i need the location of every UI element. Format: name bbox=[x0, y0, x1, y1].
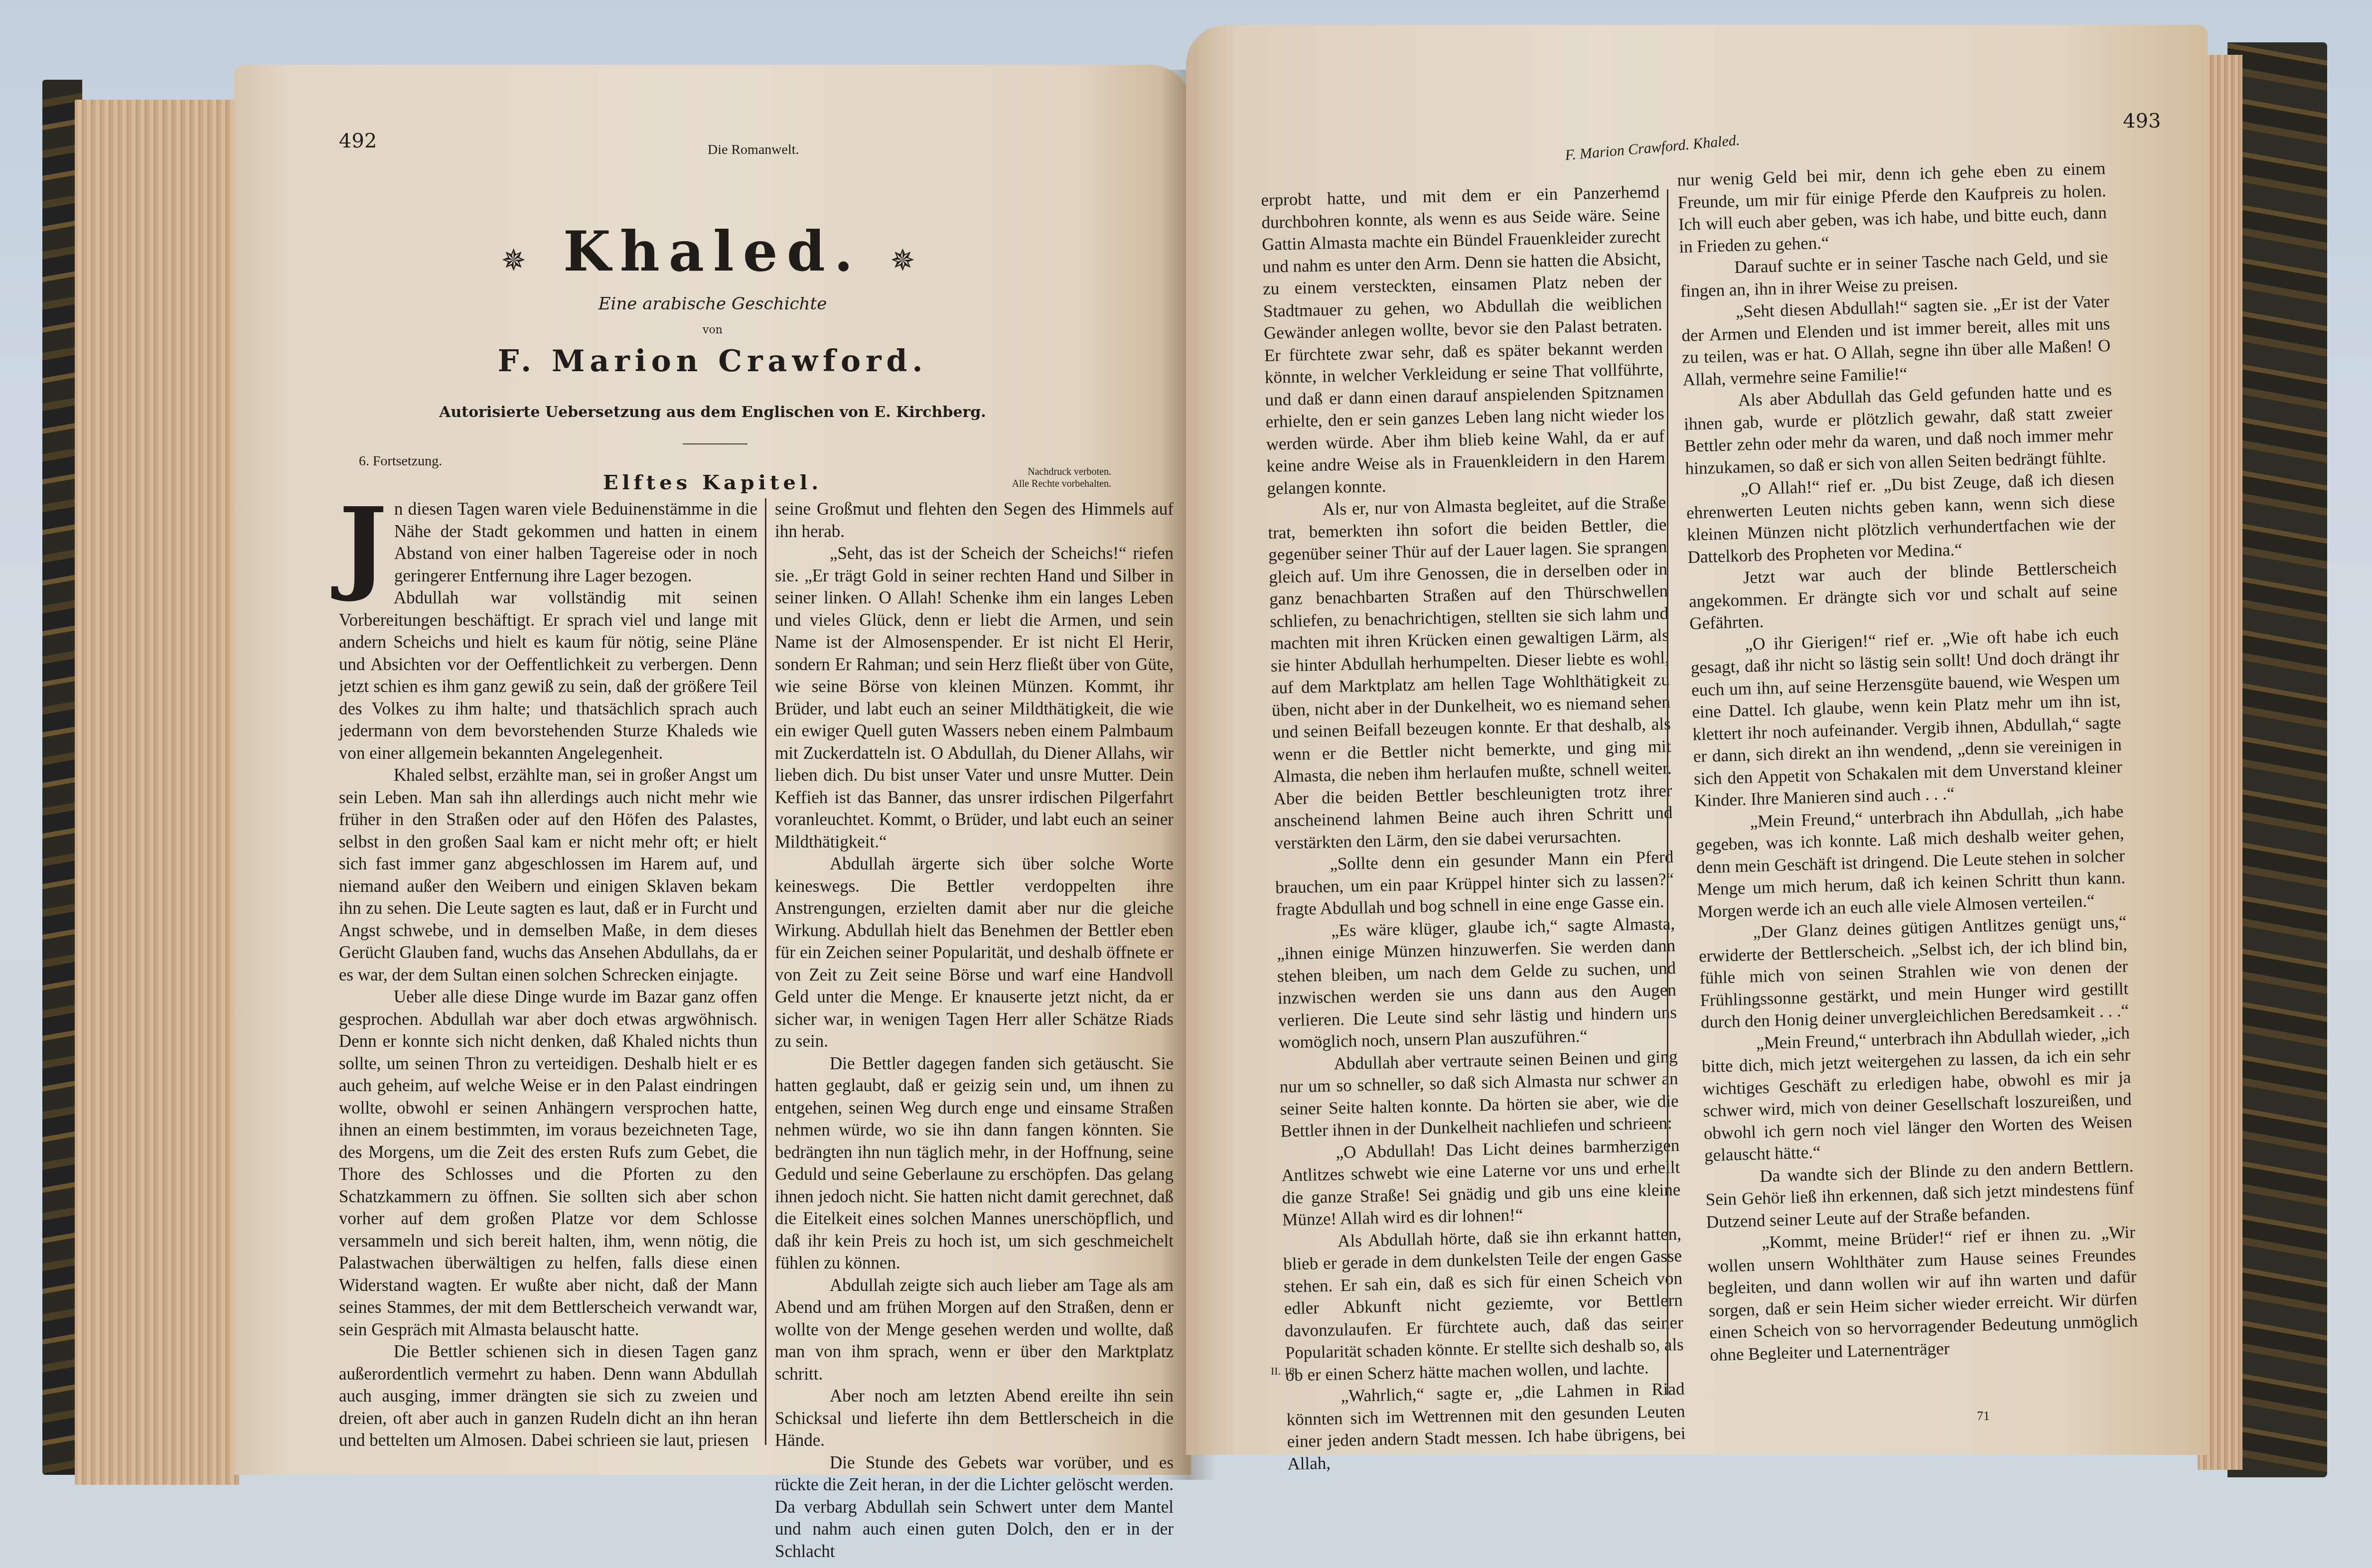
drop-cap: J bbox=[339, 502, 387, 587]
paragraph: Khaled selbst, erzählte man, sei in groß… bbox=[339, 764, 757, 986]
ornament-icon: ✵ bbox=[890, 243, 924, 278]
paragraph: Die Stunde des Gebets war vorüber, und e… bbox=[775, 1452, 1174, 1563]
paragraph: erprobt hatte, und mit dem er ein Panzer… bbox=[1261, 181, 1666, 500]
paragraph: „Der Glanz deines gütigen Antlitzes genü… bbox=[1698, 911, 2129, 1033]
author-name: F. Marion Crawford. bbox=[234, 344, 1191, 379]
column-rule bbox=[765, 498, 766, 1445]
paragraph: „Wahrlich,“ sagte er, „die Lahmen in Ria… bbox=[1286, 1378, 1686, 1475]
paragraph: „O Abdullah! Das Licht deines barmherzig… bbox=[1281, 1134, 1681, 1231]
paragraph: Die Bettler schienen sich in diesen Tage… bbox=[339, 1341, 757, 1452]
paragraph: „Mein Freund,“ unterbrach ihn Abdullah, … bbox=[1695, 800, 2126, 923]
paragraph: „Seht diesen Abdullah!“ sagten sie. „Er … bbox=[1680, 290, 2111, 391]
rights-line: Alle Rechte vorbehalten. bbox=[1002, 478, 1111, 490]
paragraph: „Sollte denn ein gesunder Mann ein Pferd… bbox=[1275, 846, 1675, 921]
footer-number: 71 bbox=[1968, 1410, 1998, 1422]
paragraph: seine Großmut und flehten den Segen des … bbox=[775, 498, 1174, 543]
paragraph: nur wenig Geld bei mir, denn ich gehe eb… bbox=[1677, 157, 2108, 258]
von-label: von bbox=[234, 324, 1191, 336]
page-edges-left bbox=[75, 100, 239, 1485]
page-number-right: 493 bbox=[2123, 110, 2161, 133]
rights-notice: Nachdruck verboten. Alle Rechte vorbehal… bbox=[1002, 466, 1111, 490]
paragraph: „Kommt, meine Brüder!“ rief er ihnen zu.… bbox=[1707, 1221, 2139, 1366]
translation-note: Autorisierte Uebersetzung aus dem Englis… bbox=[234, 404, 1191, 421]
paragraph: „Mein Freund,“ unterbrach ihn Abdullah w… bbox=[1701, 1022, 2133, 1167]
paragraph: Als er, nur von Almasta begleitet, auf d… bbox=[1267, 491, 1673, 855]
paragraph: Abdullah ärgerte sich über solche Worte … bbox=[775, 853, 1174, 1053]
right-page-column-2: nur wenig Geld bei mir, denn ich gehe eb… bbox=[1677, 157, 2139, 1366]
left-page: 492 Die Romanwelt. ✵ Khaled. ✵ Eine arab… bbox=[234, 65, 1191, 1475]
paragraph: Als aber Abdullah das Geld gefunden hatt… bbox=[1683, 379, 2114, 480]
paragraph: Die Bettler dagegen fanden sich getäusch… bbox=[775, 1053, 1174, 1275]
book-cover-right bbox=[2227, 42, 2327, 1477]
paragraph: Aber noch am letzten Abend ereilte ihn s… bbox=[775, 1385, 1174, 1452]
page-number-left: 492 bbox=[339, 130, 377, 152]
paragraph: „Es wäre klüger, glaube ich,“ sagte Alma… bbox=[1276, 912, 1677, 1054]
left-page-column-2: seine Großmut und flehten den Segen des … bbox=[775, 498, 1174, 1563]
rights-line: Nachdruck verboten. bbox=[1002, 466, 1111, 478]
title-divider bbox=[683, 443, 747, 444]
paragraph: n diesen Tagen waren viele Beduinenstämm… bbox=[394, 499, 757, 585]
running-head-left: Die Romanwelt. bbox=[708, 142, 799, 158]
ornament-icon: ✵ bbox=[501, 243, 535, 278]
paragraph: Jetzt war auch der blinde Bettlerscheich… bbox=[1688, 557, 2118, 635]
continuation-label: 6. Fortsetzung. bbox=[359, 453, 442, 469]
paragraph: Abdullah war vollständig mit seinen Vorb… bbox=[339, 587, 757, 764]
paragraph: Ueber alle diese Dinge wurde im Bazar ga… bbox=[339, 986, 757, 1341]
column-rule bbox=[1667, 189, 1668, 1395]
title-text: Khaled. bbox=[563, 219, 862, 284]
paragraph: „O ihr Gierigen!“ rief er. „Wie oft habe… bbox=[1690, 623, 2123, 812]
story-title: ✵ Khaled. ✵ bbox=[234, 219, 1191, 284]
running-head-right: F. Marion Crawford. Khaled. bbox=[1564, 132, 1740, 164]
signature-mark: II. 18. bbox=[1271, 1365, 1311, 1377]
paragraph: Abdullah zeigte sich auch lieber am Tage… bbox=[775, 1275, 1174, 1386]
left-page-column-1: Jn diesen Tagen waren viele Beduinenstäm… bbox=[339, 498, 757, 1452]
paragraph: „Seht, das ist der Scheich der Scheichs!… bbox=[775, 543, 1174, 853]
right-page: 493 F. Marion Crawford. Khaled. erprobt … bbox=[1186, 25, 2208, 1455]
right-page-column-1: erprobt hatte, und mit dem er ein Panzer… bbox=[1261, 181, 1686, 1475]
paragraph: Da wandte sich der Blinde zu den andern … bbox=[1705, 1155, 2135, 1233]
paragraph: „O Allah!“ rief er. „Du bist Zeuge, daß … bbox=[1685, 468, 2116, 569]
paragraph: Abdullah aber vertraute seinen Beinen un… bbox=[1279, 1045, 1679, 1142]
paragraph: Als Abdullah hörte, daß sie ihn erkannt … bbox=[1283, 1223, 1684, 1386]
subtitle: Eine arabische Geschichte bbox=[234, 294, 1191, 314]
